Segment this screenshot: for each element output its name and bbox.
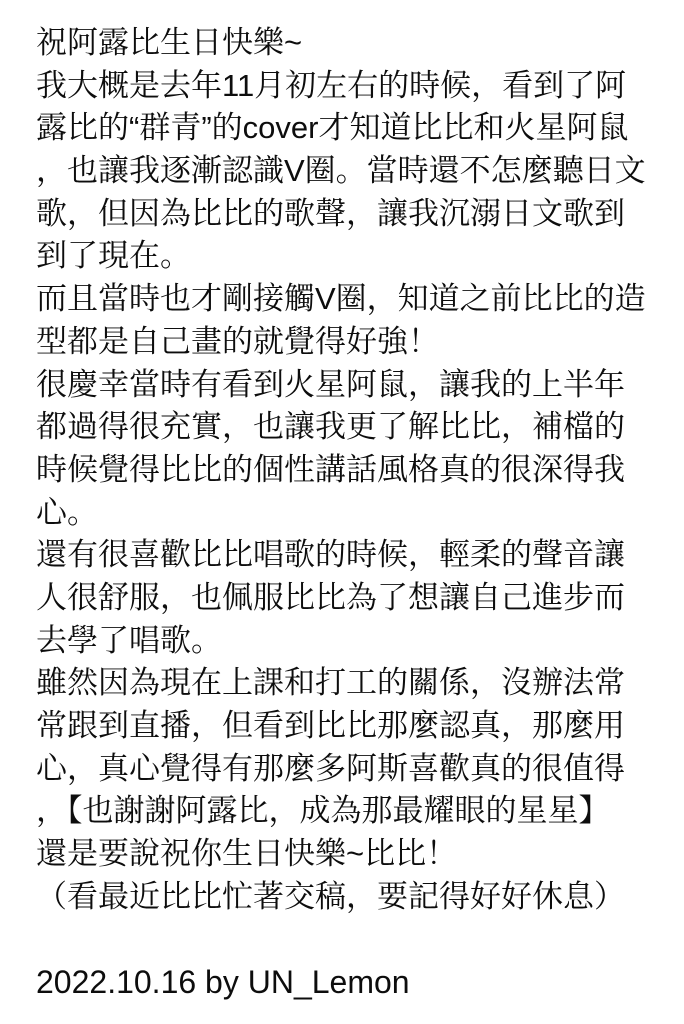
text-line: ，【也謝謝阿露比，成為那最耀眼的星星】 [36, 790, 664, 833]
date-credit-line: 2022.10.16 by UN_Lemon [36, 961, 664, 1004]
text-line: 很慶幸當時有看到火星阿鼠，讓我的上半年 [36, 364, 664, 407]
text-line: 歌，但因為比比的歌聲，讓我沉溺日文歌到 [36, 193, 664, 236]
blank-line [36, 918, 664, 961]
text-line: 去學了唱歌。 [36, 620, 664, 663]
text-line: 祝阿露比生日快樂~ [36, 22, 664, 65]
text-line: 都過得很充實，也讓我更了解比比，補檔的 [36, 406, 664, 449]
text-line: （看最近比比忙著交稿，要記得好好休息） [36, 876, 664, 919]
text-line: 心，真心覺得有那麼多阿斯喜歡真的很值得 [36, 748, 664, 791]
text-line: 到了現在。 [36, 235, 664, 278]
text-line: 型都是自己畫的就覺得好強！ [36, 321, 664, 364]
text-line: 常跟到直播，但看到比比那麼認真，那麼用 [36, 705, 664, 748]
text-line: 雖然因為現在上課和打工的關係，沒辦法常 [36, 662, 664, 705]
text-line: 還是要說祝你生日快樂~比比！ [36, 833, 664, 876]
text-line: 心。 [36, 492, 664, 535]
letter-page: 祝阿露比生日快樂~ 我大概是去年11月初左右的時候，看到了阿 露比的“群青”的c… [0, 0, 684, 1024]
text-line: 而且當時也才剛接觸V圈，知道之前比比的造 [36, 278, 664, 321]
text-line: 人很舒服，也佩服比比為了想讓自己進步而 [36, 577, 664, 620]
text-line: 露比的“群青”的cover才知道比比和火星阿鼠 [36, 107, 664, 150]
letter-body: 祝阿露比生日快樂~ 我大概是去年11月初左右的時候，看到了阿 露比的“群青”的c… [0, 0, 684, 1004]
text-line: 時候覺得比比的個性講話風格真的很深得我 [36, 449, 664, 492]
text-line: 我大概是去年11月初左右的時候，看到了阿 [36, 65, 664, 108]
text-line: 還有很喜歡比比唱歌的時候，輕柔的聲音讓 [36, 534, 664, 577]
text-line: ，也讓我逐漸認識V圈。當時還不怎麼聽日文 [36, 150, 664, 193]
